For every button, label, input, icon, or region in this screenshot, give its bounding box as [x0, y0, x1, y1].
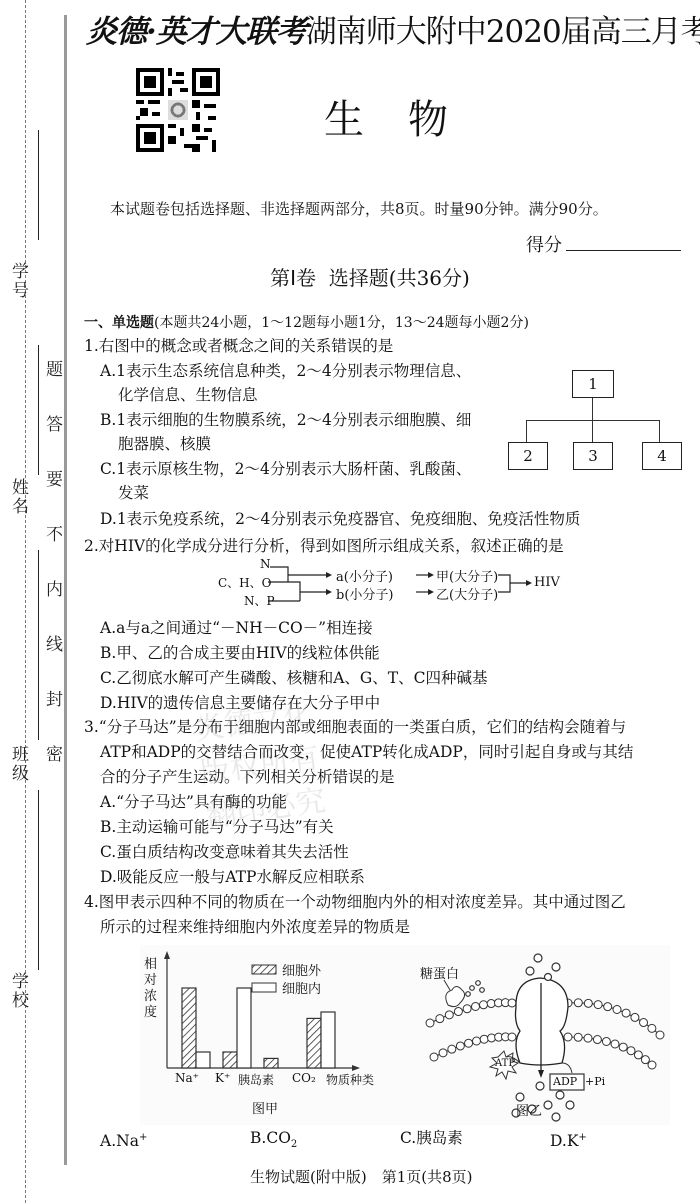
option-text: 1表示细胞的生物膜系统，2～4分别表示细胞膜、细	[116, 411, 471, 429]
option-label: A.	[100, 619, 116, 637]
q4-option-c[interactable]: C.胰岛素	[400, 1127, 463, 1149]
seal-char: 答	[40, 415, 65, 434]
subject-title: 生物	[324, 88, 492, 145]
question-3-stem: 3.“分子马达”是分布于细胞内部或细胞表面的一类蛋白质，它们的结构会随着与	[84, 716, 626, 738]
q4-option-d[interactable]: D.K+	[550, 1127, 587, 1152]
option-text: CO	[266, 1129, 291, 1147]
concept-box-2: 2	[508, 442, 548, 470]
question-number: 1.	[84, 337, 99, 355]
option-label: D.	[100, 510, 117, 528]
question-text: 对HIV的化学成分进行分析，得到如图所示组成关系，叙述正确的是	[99, 537, 564, 555]
option-label: B.	[100, 644, 116, 662]
hiv-label: HIV	[534, 575, 560, 590]
q2-option-a[interactable]: A.a与a之间通过“－NH－CO－”相连接	[100, 617, 373, 639]
score-label: 得分	[526, 231, 562, 257]
element-n: N	[260, 557, 271, 571]
option-text: 1表示免疫系统，2～4分别表示免疫器官、免疫细胞、免疫活性物质	[117, 510, 581, 528]
page-footer: 生物试题(附中版) 第1页(共8页)	[250, 1166, 473, 1187]
class-label: 班级	[6, 745, 31, 783]
molecule-b: b(小分子)	[336, 584, 393, 603]
legend-inside: 细胞内	[282, 978, 321, 997]
adp-label: ADP	[553, 1075, 577, 1088]
figure-a-caption: 图甲	[252, 1098, 278, 1117]
seal-char: 题	[40, 360, 65, 379]
school-label: 学校	[6, 972, 31, 1010]
bar-inside	[321, 1012, 335, 1068]
option-label: B.	[100, 411, 116, 429]
x-axis-label: 物质种类	[326, 1071, 374, 1088]
q1-option-c[interactable]: C.1表示原核生物，2～4分别表示大肠杆菌、乳酸菌、	[100, 458, 471, 480]
name-line[interactable]	[38, 345, 39, 475]
option-label: C.	[400, 1129, 416, 1147]
q1-option-d[interactable]: D.1表示免疫系统，2～4分别表示免疫器官、免疫细胞、免疫活性物质	[100, 508, 580, 530]
element-cho: C、H、O	[218, 574, 272, 591]
school-line[interactable]	[38, 790, 39, 970]
bar-inside	[237, 988, 251, 1068]
superscript: +	[139, 1132, 147, 1143]
option-text: Na	[116, 1132, 139, 1150]
bar-inside	[196, 1052, 210, 1068]
option-label: B.	[250, 1129, 266, 1147]
question-number: 4.	[84, 893, 99, 911]
atp-label: ATP	[495, 1058, 515, 1069]
y-axis-label: 相对浓度	[144, 957, 158, 1021]
concept-box-3: 3	[573, 442, 613, 470]
part-heading-label: 一、单选题	[84, 315, 154, 331]
option-label: B.	[100, 818, 116, 836]
option-label: C.	[100, 843, 116, 861]
bar-chart-figure-a: 相对浓度 细胞外 细胞内 Na⁺ K⁺ 胰岛素 CO₂ 物质种类 图甲	[140, 945, 400, 1130]
q2-option-d[interactable]: D.HIV的遗传信息主要储存在大分子甲中	[100, 692, 380, 714]
q3-option-c[interactable]: C.蛋白质结构改变意味着其失去活性	[100, 841, 349, 863]
question-3-stem-cont: 合的分子产生运动。下列相关分析错误的是	[100, 766, 395, 788]
option-label: D.	[550, 1132, 567, 1150]
student-id-line[interactable]	[38, 130, 39, 240]
glycoprotein-label: 糖蛋白	[420, 963, 459, 982]
option-text: HIV的遗传信息主要储存在大分子甲中	[117, 694, 380, 712]
section-volume: 第Ⅰ卷	[270, 266, 316, 290]
q3-option-a[interactable]: A.“分子马达”具有酶的功能	[100, 791, 287, 813]
macromolecule-yi: 乙(大分子)	[436, 584, 498, 603]
option-label: D.	[100, 694, 117, 712]
element-np: N、P	[244, 592, 275, 609]
q1-option-c-cont: 发菜	[118, 482, 149, 504]
figure-b-caption: 图乙	[516, 1100, 542, 1119]
score-field[interactable]	[566, 250, 681, 251]
subscript: 2	[291, 1139, 297, 1150]
q1-option-b-cont: 胞器膜、核膜	[118, 433, 211, 455]
q4-option-a[interactable]: A.Na+	[100, 1127, 147, 1152]
question-2-stem: 2.对HIV的化学成分进行分析，得到如图所示组成关系，叙述正确的是	[84, 535, 564, 557]
question-number: 3.	[84, 718, 99, 736]
option-text: 胰岛素	[416, 1129, 463, 1147]
option-text: 蛋白质结构改变意味着其失去活性	[116, 843, 349, 861]
section-title: 第Ⅰ卷 选择题(共36分)	[0, 262, 700, 291]
bar-outside	[223, 1052, 237, 1068]
question-text: “分子马达”是分布于细胞内部或细胞表面的一类蛋白质，它们的结构会随着与	[99, 718, 626, 736]
option-text: 乙彻底水解可产生磷酸、核糖和A、G、T、C四种碱基	[116, 669, 487, 687]
option-text: 1表示原核生物，2～4分别表示大肠杆菌、乳酸菌、	[116, 460, 471, 478]
bar-outside	[307, 1018, 321, 1068]
option-label: C.	[100, 669, 116, 687]
section-type: 选择题	[329, 266, 389, 290]
molecule-a: a(小分子)	[336, 566, 393, 585]
concept-box-1: 1	[572, 370, 614, 398]
class-line[interactable]	[38, 550, 39, 740]
option-label: D.	[100, 868, 117, 886]
seal-char: 要	[40, 470, 65, 489]
question-3-stem-cont: ATP和ADP的交替结合而改变，促使ATP转化成ADP，同时引起自身或与其结	[100, 741, 633, 763]
bar-outside	[264, 1058, 278, 1068]
question-4-stem-cont: 所示的过程来维持细胞内外浓度差异的物质是	[100, 916, 410, 938]
q1-option-b[interactable]: B.1表示细胞的生物膜系统，2～4分别表示细胞膜、细	[100, 409, 471, 431]
qr-code[interactable]	[136, 68, 220, 152]
seal-char: 不	[40, 525, 65, 544]
legend-outside: 细胞外	[282, 960, 321, 979]
q1-option-a[interactable]: A.1表示生态系统信息种类，2～4分别表示物理信息、	[100, 360, 471, 382]
option-label: A.	[100, 793, 116, 811]
membrane-transport-figure-b: 糖蛋白 ATP ADP +Pi 图乙	[420, 945, 670, 1130]
name-label: 姓名	[6, 478, 31, 516]
x-tick-k: K⁺	[215, 1071, 230, 1085]
option-label: A.	[100, 362, 116, 380]
option-text: 吸能反应一般与ATP水解反应相联系	[117, 868, 365, 886]
option-label: C.	[100, 460, 116, 478]
option-label: A.	[100, 1132, 116, 1150]
q3-option-b[interactable]: B.主动运输可能与“分子马达”有关	[100, 816, 334, 838]
exam-title-rest: 湖南师大附中2020届高三月考试卷(三)	[306, 14, 700, 50]
q1-option-a-cont: 化学信息、生物信息	[118, 384, 258, 406]
section-points: (共36分)	[389, 266, 470, 290]
seal-char: 封	[40, 690, 65, 709]
tree-connector	[526, 420, 660, 421]
concept-box-4: 4	[642, 442, 682, 470]
part-heading-note: (本题共24小题，1～12题每小题1分，13～24题每小题2分)	[154, 315, 529, 331]
q2-option-b[interactable]: B.甲、乙的合成主要由HIV的线粒体供能	[100, 642, 380, 664]
exam-title-brand: 炎德·英才大联考	[86, 14, 306, 50]
q2-option-c[interactable]: C.乙彻底水解可产生磷酸、核糖和A、G、T、C四种碱基	[100, 667, 488, 689]
question-text: 右图中的概念或者概念之间的关系错误的是	[99, 337, 394, 355]
option-text: 甲、乙的合成主要由HIV的线粒体供能	[116, 644, 379, 662]
option-text: 主动运输可能与“分子马达”有关	[116, 818, 333, 836]
exam-instructions: 本试题卷包括选择题、非选择题两部分，共8页。时量90分钟。满分90分。	[110, 198, 608, 219]
q3-option-d[interactable]: D.吸能反应一般与ATP水解反应相联系	[100, 866, 365, 888]
option-text: “分子马达”具有酶的功能	[116, 793, 287, 811]
bar-outside	[182, 988, 196, 1068]
pi-label: +Pi	[585, 1075, 605, 1088]
part-heading: 一、单选题(本题共24小题，1～12题每小题1分，13～24题每小题2分)	[84, 312, 529, 332]
option-text: 1表示生态系统信息种类，2～4分别表示物理信息、	[116, 362, 471, 380]
question-text: 图甲表示四种不同的物质在一个动物细胞内外的相对浓度差异。其中通过图乙	[99, 893, 626, 911]
tree-connector	[526, 420, 527, 442]
question-1-stem: 1.右图中的概念或者概念之间的关系错误的是	[84, 335, 393, 357]
x-tick-na: Na⁺	[175, 1071, 199, 1085]
x-tick-insulin: 胰岛素	[238, 1071, 274, 1088]
exam-title: 炎德·英才大联考湖南师大附中2020届高三月考试卷(三)	[86, 6, 700, 51]
option-text: K	[567, 1132, 579, 1150]
tree-connector	[659, 420, 660, 442]
question-4-stem: 4.图甲表示四种不同的物质在一个动物细胞内外的相对浓度差异。其中通过图乙	[84, 891, 626, 913]
option-text: a与a之间通过“－NH－CO－”相连接	[116, 619, 372, 637]
macromolecule-jia: 甲(大分子)	[436, 566, 498, 585]
seal-char: 密	[40, 745, 65, 764]
superscript: +	[578, 1132, 586, 1143]
seal-char: 线	[40, 635, 65, 654]
q4-option-b[interactable]: B.CO2	[250, 1127, 297, 1156]
seal-char: 内	[40, 580, 65, 599]
question-number: 2.	[84, 537, 99, 555]
fold-dotted-line	[25, 0, 26, 1203]
x-tick-co2: CO₂	[292, 1071, 316, 1085]
